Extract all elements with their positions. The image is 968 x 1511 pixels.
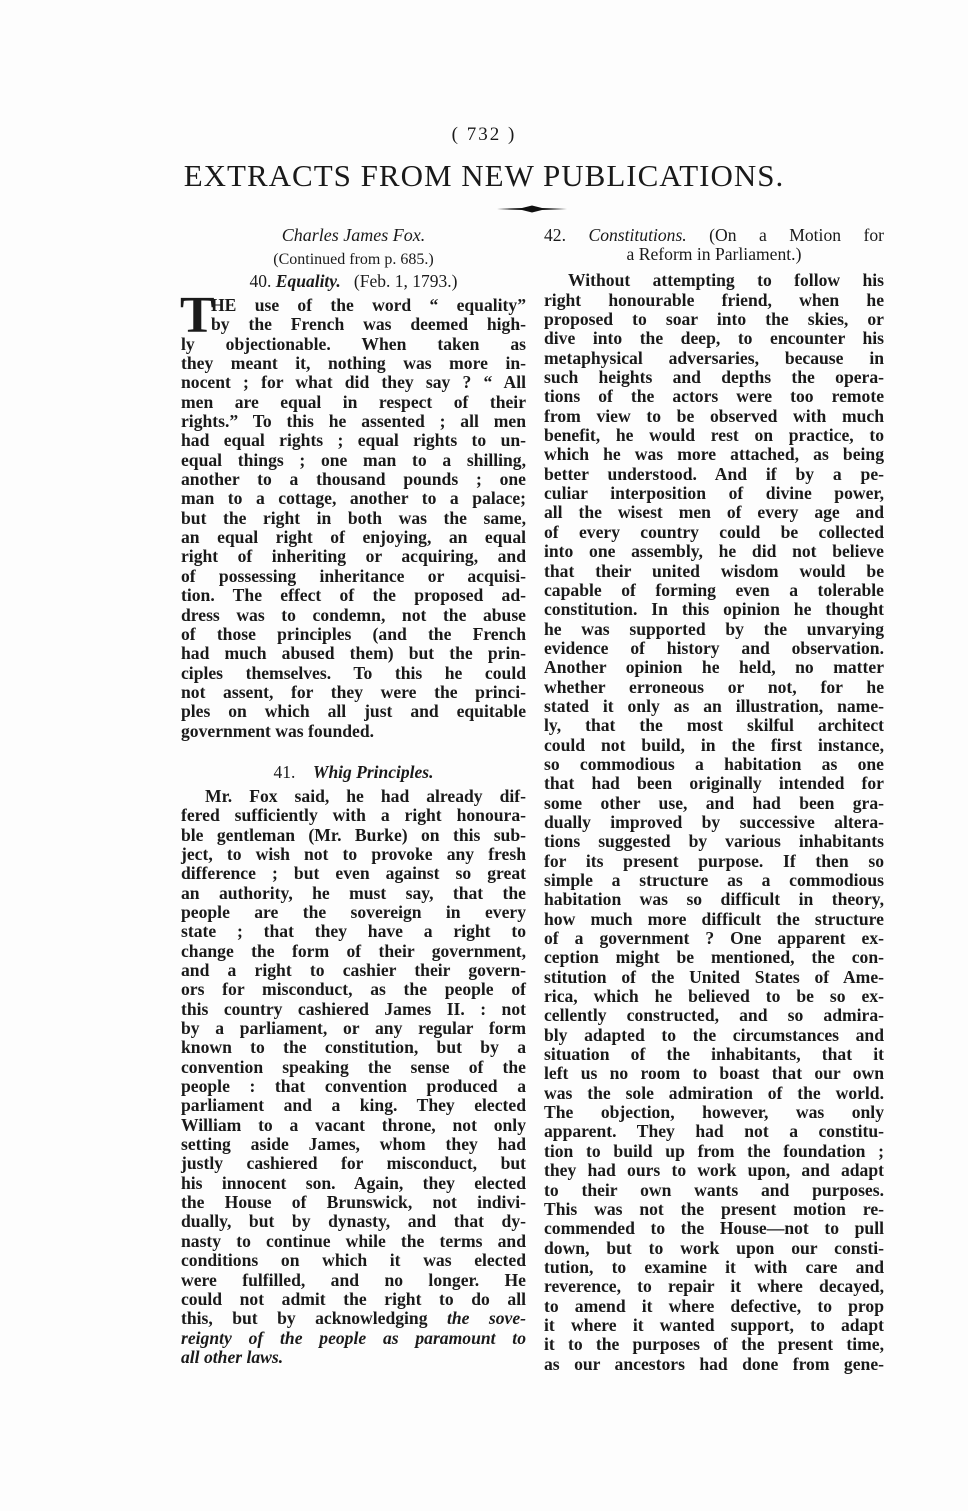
- paragraph-line: into one assembly, he did not believe: [544, 542, 884, 561]
- paragraph-line: nocent ; for what did they say ? “ All: [181, 373, 526, 392]
- paragraph-line: such heights and depths the opera-: [544, 368, 884, 387]
- paragraph-line: setting aside James, whom they had: [181, 1135, 526, 1154]
- paragraph-line: ject, to wish not to provoke any fresh: [181, 845, 526, 864]
- paragraph-line: metaphysical adversaries, because in: [544, 349, 884, 368]
- section-40-heading: 40. Equality. (Feb. 1, 1793.): [181, 272, 526, 296]
- paragraph-line: apparent. They had not a constitu-: [544, 1122, 884, 1141]
- paragraph-line: culiar interposition of divine power,: [544, 484, 884, 503]
- paragraph-line: but the right in both was the same,: [181, 509, 526, 528]
- paragraph-line: constitution. In this opinion he thought: [544, 600, 884, 619]
- paragraph-line: ly objectionable. When taken as: [181, 335, 526, 354]
- section-42-subtitle-cont: a Reform in Parliament.): [544, 245, 884, 271]
- drop-cap: T: [180, 294, 215, 338]
- paragraph-line: Mr. Fox said, he had already dif-: [181, 787, 526, 806]
- paragraph-line: as our ancestors had done from gene-: [544, 1355, 884, 1374]
- paragraph-line: from view to be observed with much: [544, 407, 884, 426]
- paragraph-line: whether erroneous or not, for he: [544, 678, 884, 697]
- paragraph-line: known to the constitution, but by a: [181, 1038, 526, 1057]
- paragraph-line: man to a cottage, another to a palace;: [181, 489, 526, 508]
- paragraph-line: evidence of history and observation.: [544, 639, 884, 658]
- paragraph-line: was the sole admiration of the world.: [544, 1084, 884, 1103]
- paragraph-line: dually, but by dynasty, and that dy-: [181, 1212, 526, 1231]
- paragraph-line: it to the purposes of the present time,: [544, 1335, 884, 1354]
- section-42-subtitle: (On a Motion for: [709, 225, 884, 245]
- paragraph-line: were fulfilled, and no longer. He: [181, 1271, 526, 1290]
- paragraph-line: to their own wants and purposes.: [544, 1181, 884, 1200]
- paragraph-line: of a government ? One apparent ex-: [544, 929, 884, 948]
- paragraph-line: an authority, he must say, that the: [181, 884, 526, 903]
- paragraph-line: ciples themselves. To this he could: [181, 664, 526, 683]
- paragraph-line: for its present purpose. If then so: [544, 852, 884, 871]
- paragraph-line: state ; that they have a right to: [181, 922, 526, 941]
- paragraph-line: the House of Brunswick, not indivi-: [181, 1193, 526, 1212]
- paragraph-line: ception might be mentioned, the con-: [544, 948, 884, 967]
- paragraph-line: This was not the present motion re-: [544, 1200, 884, 1219]
- page-number: ( 732 ): [0, 124, 968, 146]
- italic-emphasis: the sove-: [447, 1308, 526, 1328]
- paragraph-line: had much abused them) but the prin-: [181, 644, 526, 663]
- paragraph-line: people : that convention produced a: [181, 1077, 526, 1096]
- paragraph-line: men are equal in respect of their: [181, 393, 526, 412]
- paragraph-line: ly, that the most skilful architect: [544, 716, 884, 735]
- paragraph-line: which he was more attached, as being: [544, 445, 884, 464]
- section-42-title: Constitutions.: [588, 225, 686, 245]
- paragraph-line: of possessing inheritance or acquisi-: [181, 567, 526, 586]
- section-40-title: Equality.: [276, 271, 341, 291]
- paragraph-line: simple a structure as a commodious: [544, 871, 884, 890]
- paragraph-line: some other use, and had been gra-: [544, 794, 884, 813]
- paragraph-line: by a parliament, or any regular form: [181, 1019, 526, 1038]
- paragraph-line: HE use of the word “ equality”: [181, 296, 526, 315]
- paragraph-line: that had been originally intended for: [544, 774, 884, 793]
- paragraph-line: by the French was deemed high-: [181, 315, 526, 334]
- section-40-date: (Feb. 1, 1793.): [354, 271, 458, 291]
- italic-emphasis: all other laws.: [181, 1348, 526, 1367]
- section-41-body: Mr. Fox said, he had already dif-fered s…: [181, 787, 526, 1309]
- paragraph-line: William to a vacant throne, not only: [181, 1116, 526, 1135]
- section-42-body: Without attempting to follow hisright ho…: [544, 271, 884, 1374]
- paragraph-line: of those principles (and the French: [181, 625, 526, 644]
- paragraph-line: right of inheriting or acquiring, and: [181, 547, 526, 566]
- paragraph-line: government was founded.: [181, 722, 526, 741]
- paragraph-line: tion to build up from the foundation ;: [544, 1142, 884, 1161]
- paragraph-line: cellently constructed, and so admira-: [544, 1006, 884, 1025]
- paragraph-line: rights.” To this he assented ; all men: [181, 412, 526, 431]
- paragraph-line: to amend it where defective, to prop: [544, 1297, 884, 1316]
- paragraph-line: right honourable friend, when he: [544, 291, 884, 310]
- paragraph-line: they meant it, nothing was more in-: [181, 354, 526, 373]
- paragraph-line: dually improved by successive altera-: [544, 813, 884, 832]
- paragraph-line: nasty to continue while the terms and: [181, 1232, 526, 1251]
- paragraph-line: justly cashiered for misconduct, but: [181, 1154, 526, 1173]
- paragraph-line: parliament and a king. They elected: [181, 1096, 526, 1115]
- paragraph-line: habitation was so difficult in theory,: [544, 890, 884, 909]
- paragraph-line: that their united wisdom would be: [544, 562, 884, 581]
- paragraph-line: proposed to soar into the skies, or: [544, 310, 884, 329]
- paragraph-line: this country cashiered James II. : not: [181, 1000, 526, 1019]
- paragraph-line: rica, which he believed to be so ex-: [544, 987, 884, 1006]
- paragraph-line: left us no room to boast that our own: [544, 1064, 884, 1083]
- paragraph-line: stated it only as an illustration, name-: [544, 697, 884, 716]
- paragraph-line: capable of forming even a tolerable: [544, 581, 884, 600]
- paragraph-line: dress was to condemn, not the abuse: [181, 606, 526, 625]
- paragraph-line: of every country could be collected: [544, 523, 884, 542]
- paragraph-line: people are the sovereign in every: [181, 903, 526, 922]
- paragraph-line: he was supported by the unvarying: [544, 620, 884, 639]
- paragraph-line: tions of the actors were too remote: [544, 387, 884, 406]
- author-name: Charles James Fox.: [181, 226, 526, 250]
- section-42-heading: 42. Constitutions. (On a Motion for: [544, 226, 884, 245]
- paragraph-line: better understood. And if by a pe-: [544, 465, 884, 484]
- paragraph-line: ors for misconduct, as the people of: [181, 980, 526, 999]
- right-column: 42. Constitutions. (On a Motion for a Re…: [544, 226, 884, 1374]
- paragraph-line: Without attempting to follow his: [544, 271, 884, 290]
- paragraph-line: difference ; but even against so great: [181, 864, 526, 883]
- section-41-heading: 41. Whig Principles.: [181, 763, 526, 787]
- paragraph-line: this, but by acknowledging the sove-: [181, 1309, 526, 1328]
- paragraph-line: another to a thousand pounds ; one: [181, 470, 526, 489]
- paragraph-line: dive into the deep, to encounter his: [544, 329, 884, 348]
- paragraph-line: it where it wanted support, to adapt: [544, 1316, 884, 1335]
- italic-emphasis: reignty of the people as paramount to: [181, 1329, 526, 1348]
- section-40-body: THE use of the word “ equality”by the Fr…: [181, 296, 526, 741]
- paragraph-line: stitution of the United States of Ame-: [544, 968, 884, 987]
- paragraph-line: could not admit the right to do all: [181, 1290, 526, 1309]
- paragraph-line: all the wisest men of every age and: [544, 503, 884, 522]
- tapered-rule-ornament-icon: [497, 205, 567, 213]
- paragraph-line: ble gentleman (Mr. Burke) on this sub-: [181, 826, 526, 845]
- paragraph-line: his innocent son. Again, they elected: [181, 1174, 526, 1193]
- paragraph-line: an equal right of enjoying, an equal: [181, 528, 526, 547]
- paragraph-line: could not build, in the first instance,: [544, 736, 884, 755]
- paragraph-line: down, but to work upon our consti-: [544, 1239, 884, 1258]
- page-title: EXTRACTS FROM NEW PUBLICATIONS.: [0, 158, 968, 194]
- paragraph-line: conditions on which it was elected: [181, 1251, 526, 1270]
- paragraph-line: situation of the inhabitants, that it: [544, 1045, 884, 1064]
- paragraph-line: benefit, he would rest on practice, to: [544, 426, 884, 445]
- left-column: Charles James Fox. (Continued from p. 68…: [181, 226, 526, 1367]
- section-41-title: Whig Principles.: [313, 762, 434, 782]
- paragraph-line: convention speaking the sense of the: [181, 1058, 526, 1077]
- paragraph-line: Another opinion he held, no matter: [544, 658, 884, 677]
- paragraph-line: and a right to cashier their govern-: [181, 961, 526, 980]
- paragraph-line: tions suggested by various inhabitants: [544, 832, 884, 851]
- continued-note: (Continued from p. 685.): [181, 250, 526, 272]
- paragraph-line: tion. The effect of the proposed ad-: [181, 586, 526, 605]
- paragraph-line: The objection, however, was only: [544, 1103, 884, 1122]
- paragraph-line: they had ours to work upon, and adapt: [544, 1161, 884, 1180]
- paragraph-line: equal things ; one man to a shilling,: [181, 451, 526, 470]
- paragraph-line: so commodious a habitation as one: [544, 755, 884, 774]
- paragraph-line: commended to the House—not to pull: [544, 1219, 884, 1238]
- paragraph-line: not assent, for they were the princi-: [181, 683, 526, 702]
- paragraph-line: ples on which all just and equitable: [181, 702, 526, 721]
- paragraph-line: reverence, to repair it where decayed,: [544, 1277, 884, 1296]
- paragraph-line: change the form of their government,: [181, 942, 526, 961]
- paragraph-line: fered sufficiently with a right honoura-: [181, 806, 526, 825]
- paragraph-line: how much more difficult the structure: [544, 910, 884, 929]
- paragraph-line: tution, to examine it with care and: [544, 1258, 884, 1277]
- paragraph-line: bly adapted to the circumstances and: [544, 1026, 884, 1045]
- paragraph-line: had equal rights ; equal rights to un-: [181, 431, 526, 450]
